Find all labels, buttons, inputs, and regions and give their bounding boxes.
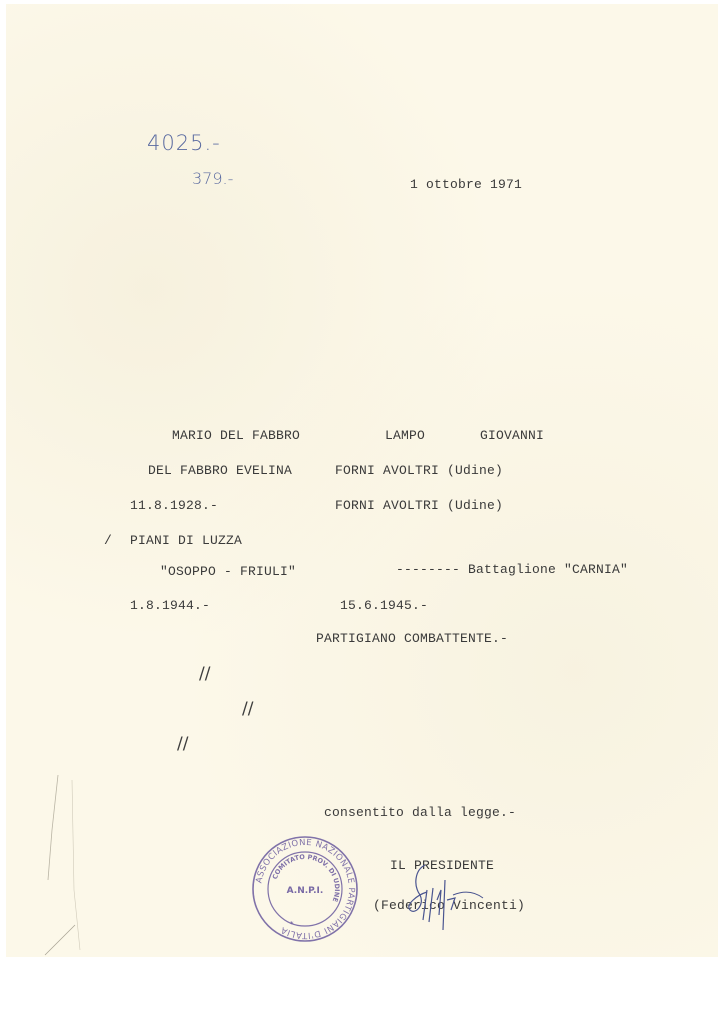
field-name: MARIO DEL FABBRO xyxy=(172,429,300,442)
field-end-date: 15.6.1945.- xyxy=(340,599,428,612)
field-battalion: -------- Battaglione "CARNIA" xyxy=(396,563,628,576)
field-margin-mark: / xyxy=(104,534,112,547)
field-qualification: PARTIGIANO COMBATTENTE.- xyxy=(316,632,508,645)
handwritten-secondary-number: 379.- xyxy=(192,171,233,187)
crossed-mark: // xyxy=(199,664,210,684)
closing-text: consentito dalla legge.- xyxy=(324,806,516,819)
handwritten-signature xyxy=(395,860,485,940)
stamp-center-text: A.N.P.I. xyxy=(287,886,324,896)
document-date: 1 ottobre 1971 xyxy=(410,178,522,191)
field-start-date: 1.8.1944.- xyxy=(130,599,210,612)
field-father-name: GIOVANNI xyxy=(480,429,544,442)
handwritten-reference-number: 4025.- xyxy=(147,133,221,154)
field-residence: FORNI AVOLTRI (Udine) xyxy=(335,499,503,512)
svg-text:*: * xyxy=(290,920,294,928)
field-birthplace: FORNI AVOLTRI (Udine) xyxy=(335,464,503,477)
crossed-mark: // xyxy=(177,734,188,754)
field-birth-date: 11.8.1928.- xyxy=(130,499,218,512)
field-location: PIANI DI LUZZA xyxy=(130,534,242,547)
field-mother-name: DEL FABBRO EVELINA xyxy=(148,464,292,477)
anpi-stamp: ASSOCIAZIONE NAZIONALE PARTIGIANI D'ITAL… xyxy=(250,834,360,944)
field-formation: "OSOPPO - FRIULI" xyxy=(160,565,296,578)
margin-pencil-mark xyxy=(30,770,90,960)
crossed-mark: // xyxy=(242,699,253,719)
field-battle-name: LAMPO xyxy=(385,429,425,442)
